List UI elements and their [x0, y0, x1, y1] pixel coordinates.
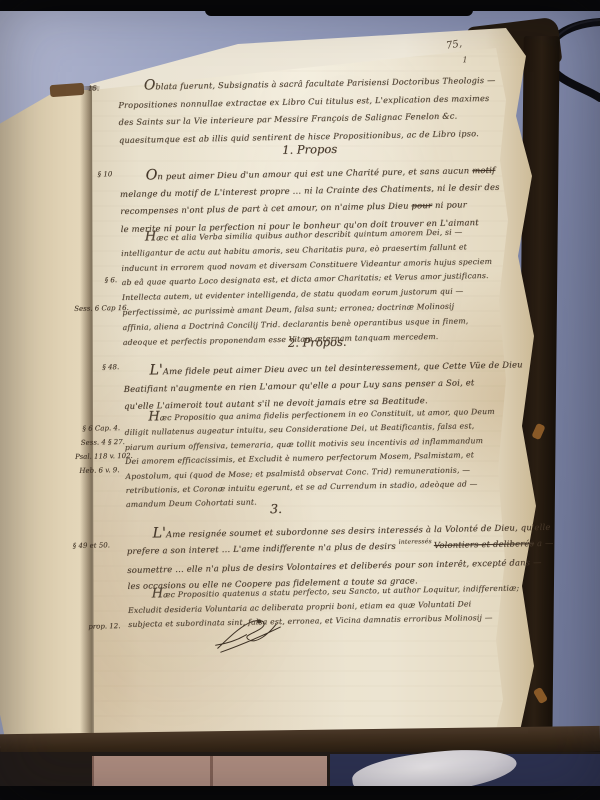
- text-segment: a —: [534, 538, 554, 548]
- text-segment: On peut aimer Dieu d'un amour qui est un…: [146, 165, 473, 181]
- text-segment: Hæc et alia Verba similia quibus author …: [145, 227, 463, 242]
- margin-note: 15.: [88, 84, 99, 92]
- manuscript-photo: 75, 1 1. Propos 2. Propos. 3. Oblata fue…: [0, 0, 600, 800]
- top-letterbox-bar: [205, 0, 473, 16]
- manuscript-block-7: Hæc Propositio quatenus a statu perfecto…: [128, 580, 520, 632]
- margin-note: Psal. 118 v. 102.: [75, 452, 133, 461]
- margin-note: § 49 et 50.: [73, 541, 110, 550]
- margin-note: § 6 Cap. 4.: [82, 424, 120, 433]
- manuscript-block-3: Hæc et alia Verba similia quibus author …: [121, 224, 494, 350]
- margin-note: prop. 12.: [88, 622, 120, 631]
- text-segment: amandum Deum Cohortati sunt.: [126, 498, 257, 510]
- bottom-letterbox-bar: [0, 786, 600, 800]
- margin-note: Heb. 6 v. 9.: [79, 466, 119, 475]
- struck-text: motif: [472, 165, 495, 175]
- margin-note: § 6.: [105, 276, 118, 284]
- margin-note: Sess. 6 Cap 16.: [74, 304, 129, 313]
- text-segment: recompenses n'ont plus de part à cet amo…: [120, 201, 411, 217]
- manuscript-block-1: Oblata fuerunt, Subsignatis à sacrâ facu…: [118, 71, 497, 150]
- text-segment: Propositiones nonnullae extractae ex Lib…: [118, 93, 489, 110]
- handwritten-text-layer: 75, 1 1. Propos 2. Propos. 3. Oblata fue…: [0, 0, 600, 800]
- manuscript-block-5: Hæc Propositio qua anima fidelis perfect…: [124, 404, 496, 513]
- margin-note: Sess. 4 § 27.: [81, 438, 125, 447]
- page-number: 75,: [445, 38, 463, 52]
- text-segment: des Saints sur la Vie interieure par Mes…: [119, 111, 458, 128]
- struck-text: pour: [411, 200, 432, 210]
- struck-text: Volontiers et deliberés: [434, 539, 534, 551]
- text-segment: Oblata fuerunt, Subsignatis à sacrâ facu…: [144, 75, 496, 92]
- margin-note: § 48.: [102, 363, 119, 371]
- page-number-sub: 1: [462, 55, 467, 64]
- text-segment: ni pour: [432, 200, 467, 211]
- text-segment: quaesitumque est ab illis quid sentirent…: [119, 128, 479, 145]
- interlinear-correction: interessés: [399, 539, 432, 547]
- margin-note: § 10: [98, 170, 113, 178]
- text-segment: prefere a son interet ... L'ame indiffer…: [127, 541, 399, 556]
- floor-tiles: [92, 756, 327, 788]
